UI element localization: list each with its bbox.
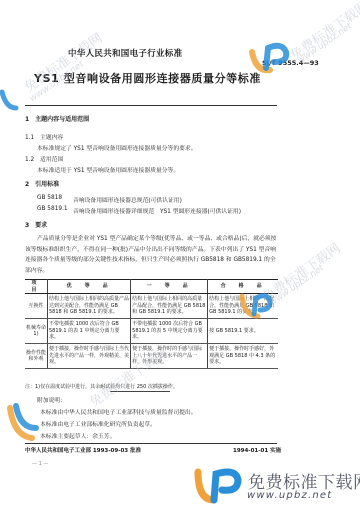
up-logo-icon — [6, 402, 50, 444]
premium-grade-cell: 便于插接，操作时手感与国际上当代先进水平的产品一样，外观精美、美观。 — [48, 344, 131, 369]
section-1-heading: 1 主题内容与适用范围 — [25, 114, 89, 123]
section-3-text: 产品质量分等是企业对 YS1 型产品确定某个等级(优等品、或一等品、或合格品)后… — [25, 234, 277, 276]
column-header: 一 等 品 — [131, 280, 208, 294]
up-logo-icon — [192, 466, 244, 506]
appendix-line: 本标准主要起草人：余玉芳。 — [40, 431, 115, 440]
up-logo-icon — [248, 38, 292, 80]
ref-title: 音响设备用圆形连接器详细规范 YS1 型圆形连接器(可供认证用) — [73, 206, 241, 215]
page-number: — 1 — — [32, 461, 48, 467]
first-grade-cell: 结构上他与国际上相同的高质量产品配合，性能仍满足 GB 5818 和 GB 58… — [131, 294, 208, 319]
row-item: 互换性 — [25, 294, 48, 319]
document-page: 中华人民共和国电子行业标准 SJ/T 9555.4—93 YS1 型音响设备用圆… — [0, 0, 360, 509]
footer-divider — [25, 443, 277, 444]
section-1-1-text: 本标准规定了 YS1 型音响设备用圆形连接器质量分等的要求。 — [37, 143, 197, 152]
implementation-date: 1994-01-01 实施 — [233, 446, 281, 454]
row-item: 操作性能和外观 — [25, 344, 48, 369]
section-3-heading: 3 要求 — [25, 220, 47, 229]
section-1-1-heading: 1.1 主题内容 — [25, 132, 63, 141]
ref-code: GB 5819.1 — [37, 206, 68, 212]
up-logo-icon — [238, 290, 274, 324]
section-2-heading: 2 引用标准 — [25, 179, 59, 188]
ref-title: 音响设备用圆形连接器总规范(可供认证用) — [73, 195, 182, 204]
up-logo-icon — [0, 88, 30, 114]
ref-code: GB 5818 — [37, 195, 62, 201]
section-1-2-heading: 1.2 适用范围 — [25, 154, 63, 163]
premium-grade-cell: 不带电插拔 1000 次后符合 GB 5819.1 的表 1 中规定分离力要求。 — [48, 319, 131, 344]
column-header: 优 等 品 — [48, 280, 131, 294]
column-header: 项 目 — [25, 280, 48, 294]
appendix-line: 本标准由中华人民共和国电子工业部科技与质量监督司提出。 — [40, 407, 197, 416]
row-item: 机械寿命1) — [25, 319, 48, 344]
appendix-line: 本标准由电子工业部标准化研究所负责起草。 — [40, 419, 156, 428]
site-url-logo: www.upbz.net — [247, 490, 332, 501]
section-1-2-text: 本标准适用于 YS1 型音响设备用圆形连接器质量分等。 — [37, 165, 179, 174]
first-grade-cell: 不带电插拔 1000 次后符合 GB 5819.1 的表 5 中规定分离力要求。 — [131, 319, 208, 344]
approval-date: 中华人民共和国电子工业部 1993-09-03 批准 — [25, 446, 141, 454]
header-divider — [25, 105, 277, 106]
qualified-grade-cell: 便于插接，操作时手感好，外观满足 GB 5818 中 4.3 条的要求。 — [208, 344, 278, 369]
premium-grade-cell: 结构上他与国际上相同的高质量产品达到完美配合，性能仍满足 GB 5818 和 G… — [48, 294, 131, 319]
